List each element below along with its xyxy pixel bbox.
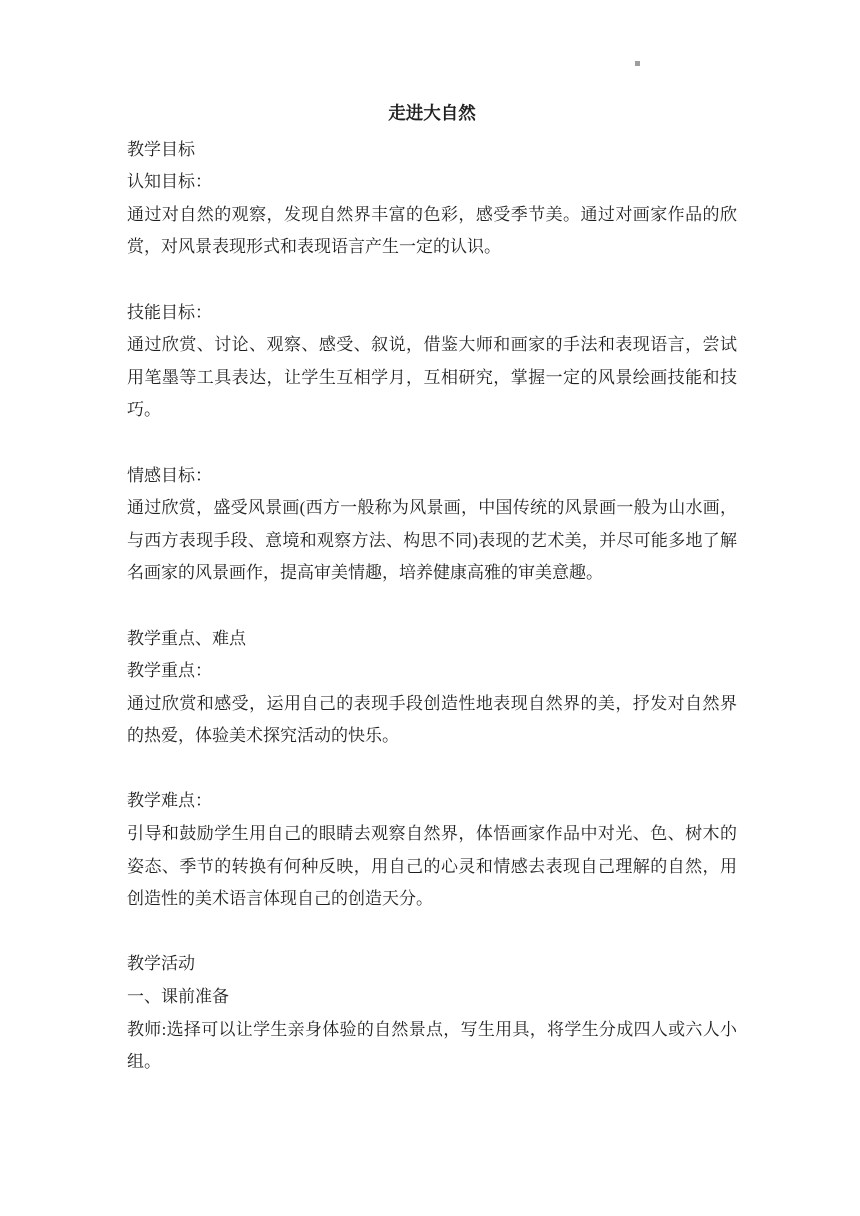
paragraph-teaching-difficulty: 引导和鼓励学生用自己的眼睛去观察自然界，体悟画家作品中对光、色、树木的姿态、季节… xyxy=(127,818,737,916)
section-heading-cognitive-objective: 认知目标： xyxy=(127,166,737,199)
section-heading-teaching-difficulty: 教学难点： xyxy=(127,785,737,818)
section-heading-pre-class-preparation: 一、课前准备 xyxy=(127,981,737,1014)
section-heading-key-difficult-points: 教学重点、难点 xyxy=(127,623,737,656)
page-speck xyxy=(635,61,640,66)
section-heading-teaching-focus: 教学重点： xyxy=(127,655,737,688)
paragraph-teacher-preparation: 教师:选择可以让学生亲身体验的自然景点，写生用具，将学生分成四人或六人小组。 xyxy=(127,1014,737,1079)
paragraph-teaching-focus: 通过欣赏和感受，运用自己的表现手段创造性地表现自然界的美，抒发对自然界的热爱，体… xyxy=(127,688,737,753)
paragraph-emotional-objective: 通过欣赏，盛受风景画(西方一般称为风景画，中国传统的风景画一般为山水画，与西方表… xyxy=(127,492,737,590)
section-heading-teaching-activities: 教学活动 xyxy=(127,948,737,981)
paragraph-skill-objective: 通过欣赏、讨论、观察、感受、叙说，借鉴大师和画家的手法和表现语言，尝试用笔墨等工… xyxy=(127,329,737,427)
section-heading-emotional-objective: 情感目标： xyxy=(127,460,737,493)
paragraph-cognitive-objective: 通过对自然的观察，发现自然界丰富的色彩，感受季节美。通过对画家作品的欣赏，对风景… xyxy=(127,199,737,264)
section-heading-skill-objective: 技能目标： xyxy=(127,297,737,330)
document-body: 走进大自然 教学目标 认知目标： 通过对自然的观察，发现自然界丰富的色彩，感受季… xyxy=(127,97,737,1079)
section-heading-teaching-objectives: 教学目标 xyxy=(127,134,737,167)
doc-title: 走进大自然 xyxy=(127,97,737,130)
